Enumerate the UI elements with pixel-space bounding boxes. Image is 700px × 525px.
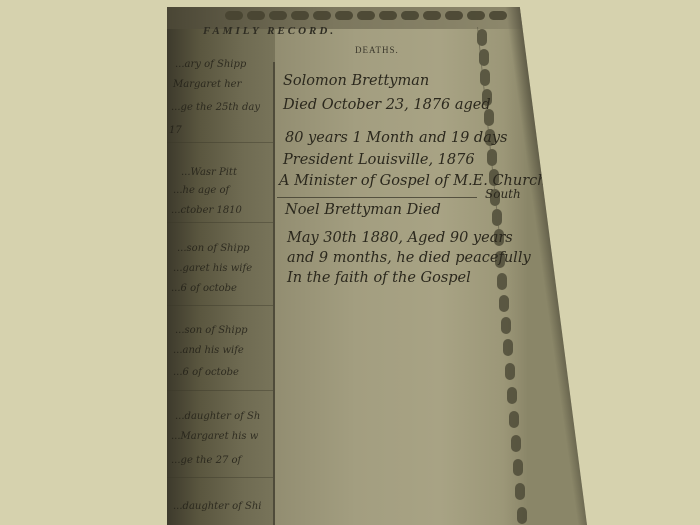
border-ornament-icon [501,317,511,334]
left-fragment: ...he age of [173,185,229,196]
border-ornament-icon [517,507,527,524]
border-ornament-icon [489,11,507,20]
border-ornament-icon [511,435,521,452]
entry-line: and 9 months, he died peacefully [287,250,531,266]
border-ornament-icon [445,11,463,20]
left-fragment: ...ary of Shipp [175,59,246,70]
left-fragment: ...son of Shipp [175,325,248,336]
column-divider [273,62,275,525]
border-ornament-icon [335,11,353,20]
document-header: FAMILY RECORD. [203,25,336,37]
entry-line: 80 years 1 Month and 19 days [285,130,507,146]
left-fragment: ...daughter of Shi [173,501,261,512]
row-separator [167,390,273,391]
border-ornament-icon [291,11,309,20]
decorative-border-top [225,11,507,20]
entry-line: Died October 23, 1876 aged [283,97,491,113]
border-ornament-icon [507,387,517,404]
row-separator [167,222,273,223]
left-fragment: ...ge the 27 of [171,455,241,466]
border-ornament-icon [499,295,509,312]
section-title: DEATHS. [355,45,399,55]
border-ornament-icon [513,459,523,476]
left-fragment: ...ge the 25th day [171,102,260,113]
entry-line: Solomon Brettyman [283,73,429,89]
left-fragment: ...6 of octobe [171,283,237,294]
left-fragment: Margaret her [173,79,241,90]
entry-line: May 30th 1880, Aged 90 years [287,230,513,246]
border-ornament-icon [467,11,485,20]
entry-line: In the faith of the Gospel [287,270,471,286]
left-fragment: ...6 of octobe [173,367,239,378]
entry-line: Noel Brettyman Died [285,202,441,218]
border-ornament-icon [423,11,441,20]
border-ornament-icon [269,11,287,20]
entry-line: President Louisville, 1876 [283,152,475,168]
left-fragment: ...Wasr Pitt [181,167,237,178]
row-separator [167,305,273,306]
border-ornament-icon [401,11,419,20]
border-ornament-icon [503,339,513,356]
left-fragment: ...garet his wife [173,263,252,274]
entry-line: South [485,187,521,201]
border-ornament-icon [509,411,519,428]
row-separator [167,142,273,143]
document-photo: FAMILY RECORD. DEATHS. Solomon Brettyman… [167,7,587,525]
left-fragment: ...daughter of Sh [175,411,260,422]
border-ornament-icon [225,11,243,20]
row-separator [167,477,273,478]
left-fragment: ...and his wife [173,345,244,356]
border-ornament-icon [379,11,397,20]
border-ornament-icon [313,11,331,20]
left-fragment: ...ctober 1810 [171,205,242,216]
border-ornament-icon [497,273,507,290]
entry-separator [277,197,477,198]
border-ornament-icon [247,11,265,20]
border-ornament-icon [357,11,375,20]
border-ornament-icon [515,483,525,500]
left-fragment: ...Margaret his w [171,431,258,442]
border-ornament-icon [505,363,515,380]
left-fragment: ...son of Shipp [177,243,250,254]
left-fragment: 17 [169,125,182,136]
